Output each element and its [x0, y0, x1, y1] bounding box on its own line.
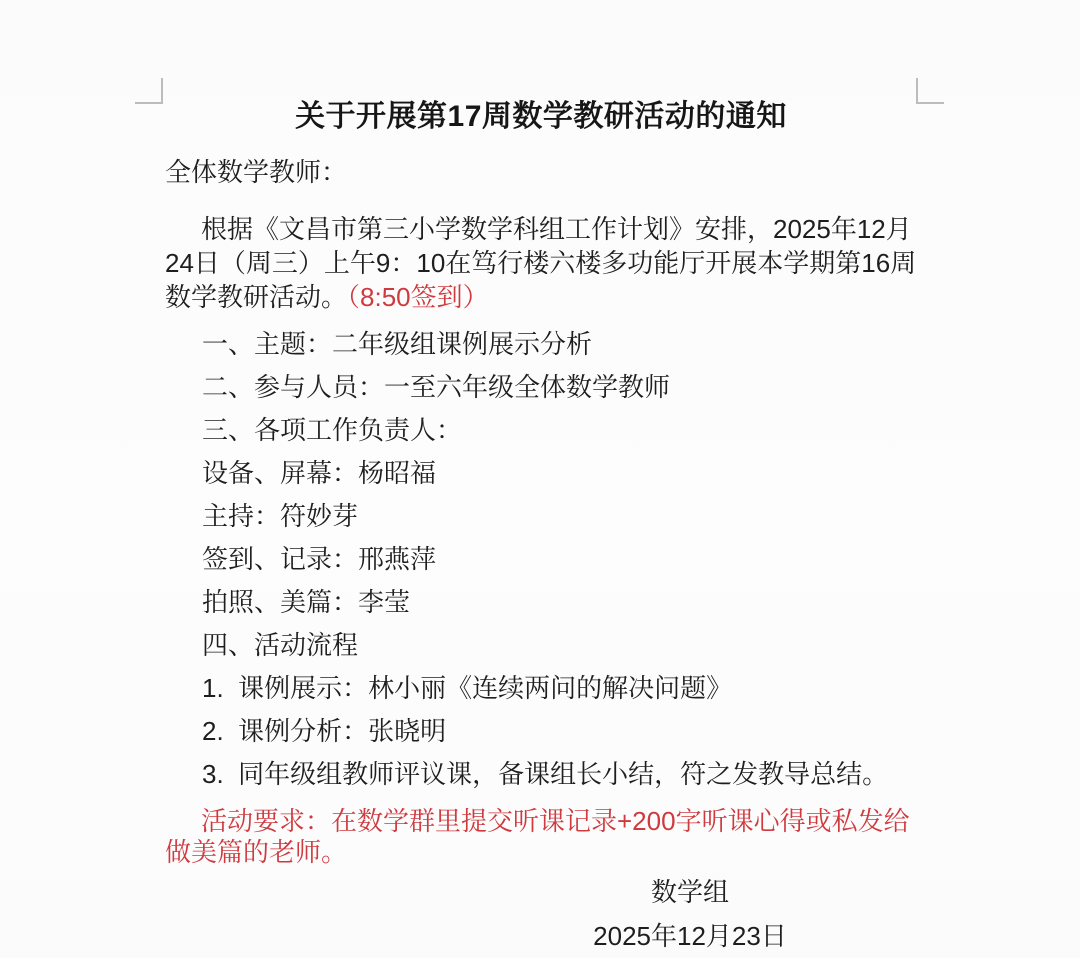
item-agenda-heading: 四、活动流程	[165, 631, 917, 659]
intro-line-3: 数学教研活动。（8:50签到）	[165, 280, 917, 314]
item-responsibles-heading: 三、各项工作负责人：	[165, 416, 917, 444]
item-participants: 二、参与人员：一至六年级全体数学教师	[165, 373, 917, 401]
notice-body: 关于开展第17周数学教研活动的通知 全体数学教师： 根据《文昌市第三小学数学科组…	[165, 0, 917, 950]
activity-requirement: 活动要求：在数学群里提交听课记录+200字听课心得或私发给 做美篇的老师。	[165, 806, 917, 868]
requirement-line-1: 活动要求：在数学群里提交听课记录+200字听课心得或私发给	[165, 806, 917, 837]
text-boundary-mark-left	[135, 78, 163, 104]
intro-line-3-text: 数学教研活动。	[165, 282, 347, 312]
agenda-step-3: 3. 同年级组教师评议课，备课组长小结，符之发教导总结。	[165, 760, 917, 788]
intro-line-1: 根据《文昌市第三小学数学科组工作计划》安排，2025年12月	[165, 212, 917, 246]
notice-item-list: 一、主题：二年级组课例展示分析 二、参与人员：一至六年级全体数学教师 三、各项工…	[165, 330, 917, 788]
role-photo-meipian: 拍照、美篇：李莹	[165, 588, 917, 616]
signature-date: 2025年12月23日	[465, 922, 915, 950]
notice-title: 关于开展第17周数学教研活动的通知	[165, 100, 917, 134]
intro-line-2: 24日（周三）上午9：10在笃行楼六楼多功能厅开展本学期第16周	[165, 246, 917, 280]
document-photo: 关于开展第17周数学教研活动的通知 全体数学教师： 根据《文昌市第三小学数学科组…	[0, 0, 1080, 958]
requirement-line-2: 做美篇的老师。	[165, 837, 917, 868]
role-equipment-screen: 设备、屏幕：杨昭福	[165, 459, 917, 487]
signin-time-note: （8:50签到）	[347, 282, 489, 312]
signature-group: 数学组	[465, 878, 915, 906]
role-host: 主持：符妙芽	[165, 502, 917, 530]
signature-block: 数学组 2025年12月23日	[465, 878, 915, 950]
role-signin-record: 签到、记录：邢燕萍	[165, 545, 917, 573]
item-topic: 一、主题：二年级组课例展示分析	[165, 330, 917, 358]
agenda-step-2: 2. 课例分析：张晓明	[165, 717, 917, 745]
text-boundary-mark-right	[916, 78, 944, 104]
intro-paragraph: 根据《文昌市第三小学数学科组工作计划》安排，2025年12月 24日（周三）上午…	[165, 212, 917, 314]
salutation: 全体数学教师：	[165, 158, 917, 186]
agenda-step-1: 1. 课例展示：林小丽《连续两问的解决问题》	[165, 674, 917, 702]
